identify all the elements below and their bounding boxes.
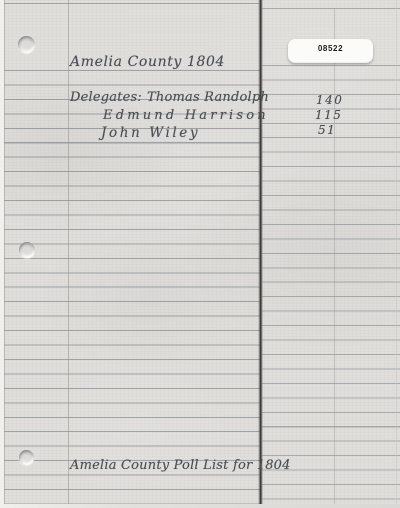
- footer-text: Amelia County Poll List for 1804: [70, 458, 291, 474]
- delegate-name-2: Edmund Harrison: [103, 108, 269, 124]
- scan-bottom-edge: [0, 504, 400, 508]
- margin-line-right-sheet: [334, 8, 335, 508]
- heading-text: Amelia County 1804: [70, 54, 225, 70]
- right-sheet-edge-shading: [396, 0, 397, 508]
- page-edge-line: [258, 0, 263, 508]
- delegates-line: Delegates:Thomas Randolph: [70, 90, 269, 106]
- delegate-votes-2: 115: [315, 108, 342, 122]
- catalog-number: 08522: [318, 44, 343, 53]
- scan-left-seam: [4, 0, 5, 508]
- margin-line-left-sheet: [68, 0, 69, 508]
- delegate-name-1: Thomas Randolph: [147, 90, 269, 105]
- delegates-label: Delegates:: [70, 90, 142, 105]
- catalog-label: 08522: [288, 39, 373, 63]
- top-ruled-line-right-sheet: [262, 8, 400, 9]
- delegate-votes-1: 140: [316, 93, 343, 107]
- punch-hole-top: [18, 36, 35, 53]
- punch-hole-middle: [19, 242, 35, 258]
- scanned-notebook-page: 08522 Amelia County 1804 Delegates:Thoma…: [0, 0, 400, 508]
- punch-hole-bottom: [19, 450, 34, 465]
- delegate-votes-3: 51: [318, 123, 336, 137]
- delegate-name-3: John Wiley: [101, 125, 200, 141]
- top-ruled-line-left-sheet: [0, 3, 259, 4]
